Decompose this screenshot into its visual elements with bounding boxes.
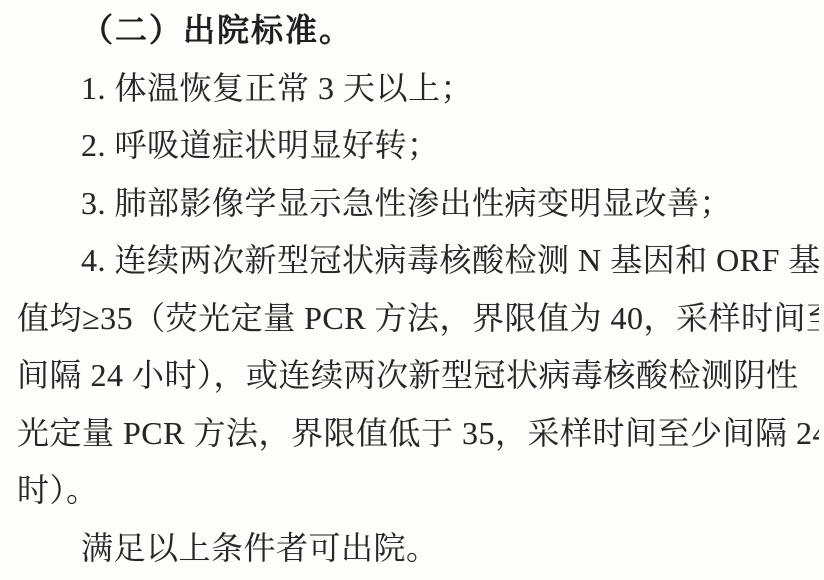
text-line: 1. 体温恢复正常 3 天以上； (17, 60, 819, 118)
text-line: 2. 呼吸道症状明显好转； (17, 117, 819, 175)
text-line: 时）。 (17, 462, 819, 520)
text-line: 3. 肺部影像学显示急性渗出性病变明显改善； (17, 175, 819, 233)
document-body: 1. 体温恢复正常 3 天以上；2. 呼吸道症状明显好转；3. 肺部影像学显示急… (17, 60, 819, 578)
text-line: 光定量 PCR 方法，界限值低于 35，采样时间至少间隔 24 小 (17, 405, 819, 463)
document-content: （二）出院标准。 1. 体温恢复正常 3 天以上；2. 呼吸道症状明显好转；3.… (0, 0, 824, 580)
text-line: 值均≥35（荧光定量 PCR 方法，界限值为 40，采样时间至少 (17, 290, 819, 348)
text-line: 4. 连续两次新型冠状病毒核酸检测 N 基因和 ORF 基因 Ct (17, 232, 819, 290)
section-heading: （二）出院标准。 (17, 2, 819, 60)
text-line: 满足以上条件者可出院。 (17, 520, 819, 578)
document-page: （二）出院标准。 1. 体温恢复正常 3 天以上；2. 呼吸道症状明显好转；3.… (0, 0, 824, 580)
text-line: 间隔 24 小时），或连续两次新型冠状病毒核酸检测阴性（荧 (17, 347, 819, 405)
